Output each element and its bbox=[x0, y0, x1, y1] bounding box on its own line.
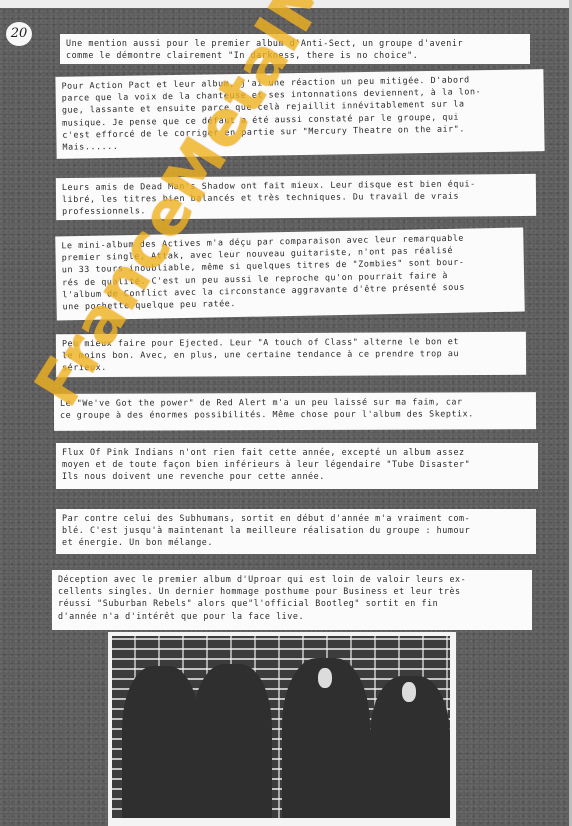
review-block-anti-sect: Une mention aussi pour le premier album … bbox=[60, 34, 530, 64]
band-member-figure bbox=[370, 676, 450, 818]
band-member-figure bbox=[122, 666, 200, 818]
face bbox=[318, 668, 332, 688]
band-member-figure bbox=[192, 664, 272, 818]
review-block-uproar: Déception avec le premier album d'Uproar… bbox=[52, 570, 532, 630]
review-block-action-pact: Pour Action Pact et leur album, j'ai une… bbox=[55, 69, 544, 159]
review-block-dead-mans-shadow: Leurs amis de Dead Man's Shadow ont fait… bbox=[56, 174, 536, 220]
page-number: 20 bbox=[6, 22, 32, 46]
band-member-figure bbox=[282, 658, 370, 818]
page-top-edge bbox=[0, 0, 572, 8]
review-block-subhumans: Par contre celui des Subhumans, sortit e… bbox=[56, 509, 536, 554]
review-block-flux-of-pink-indians: Flux Of Pink Indians n'ont rien fait cet… bbox=[56, 443, 538, 489]
review-block-actives: Le mini-album des Actives m'a déçu par c… bbox=[55, 228, 525, 321]
band-photo bbox=[108, 632, 456, 826]
face bbox=[402, 682, 416, 702]
review-block-red-alert: Le "We've Got the power" de Red Alert m'… bbox=[54, 392, 536, 431]
review-block-ejected: Peu mieux faire pour Ejected. Leur "A to… bbox=[56, 332, 526, 377]
band-photo-image bbox=[112, 636, 450, 818]
